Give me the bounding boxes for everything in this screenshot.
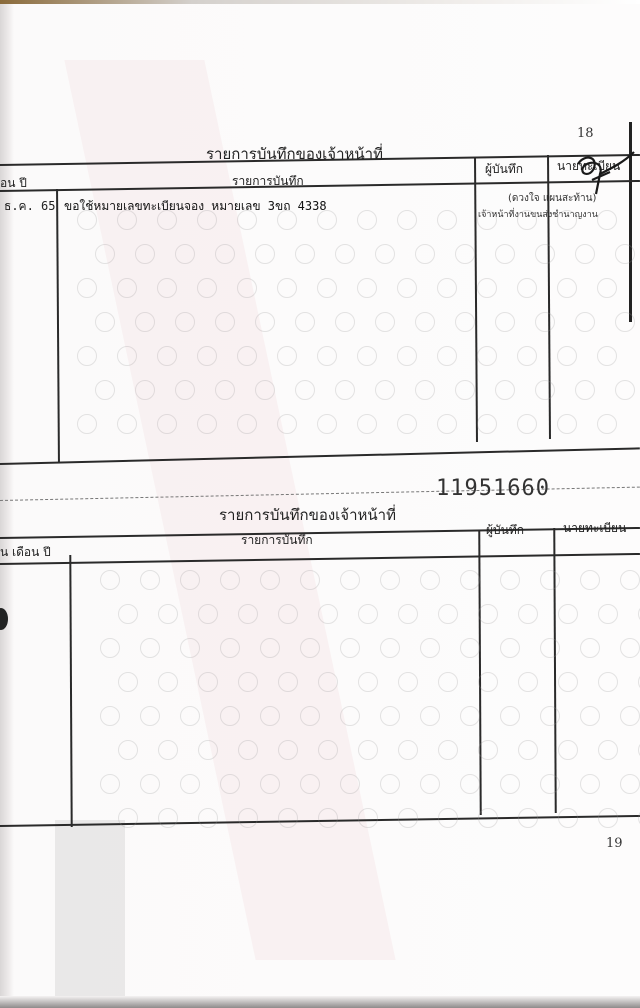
header-bottom-line-19	[0, 553, 640, 565]
watermark-pattern	[557, 346, 577, 366]
entry-date: ธ.ค. 65	[4, 197, 55, 216]
header-registrar-19: นายทะเบียน	[563, 519, 626, 538]
watermark-pattern	[340, 570, 360, 590]
watermark-pattern	[158, 604, 178, 624]
watermark-pattern	[180, 774, 200, 794]
watermark-pattern	[198, 740, 218, 760]
watermark-pattern	[77, 278, 97, 298]
watermark-pattern	[180, 706, 200, 726]
watermark-pattern	[260, 706, 280, 726]
watermark-pattern	[535, 380, 555, 400]
binder-hole	[0, 608, 8, 630]
watermark-pattern	[615, 312, 635, 332]
watermark-pattern	[438, 740, 458, 760]
header-date-19: น เดือน ปี	[0, 543, 51, 562]
watermark-pattern	[415, 244, 435, 264]
watermark-pattern	[398, 808, 418, 828]
watermark-pattern	[460, 638, 480, 658]
watermark-pattern	[100, 774, 120, 794]
watermark-pattern	[478, 604, 498, 624]
watermark-pattern	[118, 808, 138, 828]
watermark-pattern	[260, 774, 280, 794]
watermark-pattern	[77, 346, 97, 366]
watermark-pattern	[300, 774, 320, 794]
shadow-band	[55, 820, 125, 1000]
watermark-pattern	[100, 706, 120, 726]
watermark-pattern	[500, 774, 520, 794]
watermark-pattern	[437, 278, 457, 298]
watermark-pattern	[518, 740, 538, 760]
watermark-pattern	[575, 244, 595, 264]
watermark-pattern	[558, 672, 578, 692]
watermark-pattern	[277, 210, 297, 230]
watermark-pattern	[220, 638, 240, 658]
watermark-pattern	[198, 672, 218, 692]
watermark-pattern	[620, 774, 640, 794]
watermark-pattern	[220, 570, 240, 590]
watermark-pattern	[620, 570, 640, 590]
watermark-pattern	[580, 638, 600, 658]
watermark-pattern	[340, 638, 360, 658]
watermark-pattern	[500, 570, 520, 590]
watermark-pattern	[518, 808, 538, 828]
watermark-pattern	[397, 278, 417, 298]
watermark-pattern	[597, 278, 617, 298]
watermark-pattern	[295, 380, 315, 400]
watermark-pattern	[500, 706, 520, 726]
watermark-pattern	[238, 808, 258, 828]
watermark-pattern	[420, 638, 440, 658]
watermark-pattern	[180, 638, 200, 658]
watermark-pattern	[180, 570, 200, 590]
watermark-pattern	[300, 706, 320, 726]
watermark-pattern	[557, 414, 577, 434]
watermark-pattern	[317, 278, 337, 298]
watermark-pattern	[158, 740, 178, 760]
watermark-pattern	[540, 638, 560, 658]
col-divider-2-19	[478, 530, 481, 815]
watermark-pattern	[77, 210, 97, 230]
watermark-pattern	[255, 312, 275, 332]
watermark-pattern	[375, 312, 395, 332]
watermark-pattern	[318, 672, 338, 692]
watermark-pattern	[95, 312, 115, 332]
watermark-pattern	[517, 346, 537, 366]
watermark-pattern	[558, 808, 578, 828]
watermark-pattern	[438, 604, 458, 624]
watermark-pattern	[598, 604, 618, 624]
watermark-pattern	[460, 706, 480, 726]
watermark-pattern	[535, 312, 555, 332]
watermark-pattern	[357, 414, 377, 434]
watermark-pattern	[580, 706, 600, 726]
registrar-signature-icon	[570, 150, 636, 202]
watermark-pattern	[317, 414, 337, 434]
watermark-pattern	[335, 380, 355, 400]
watermark-pattern	[580, 570, 600, 590]
watermark-pattern	[558, 604, 578, 624]
watermark-pattern	[237, 210, 257, 230]
watermark-pattern	[118, 740, 138, 760]
watermark-pattern	[340, 774, 360, 794]
watermark-pattern	[597, 414, 617, 434]
watermark-pattern	[438, 808, 458, 828]
watermark-pattern	[375, 380, 395, 400]
page-number-18: 18	[577, 126, 594, 141]
watermark-pattern	[517, 278, 537, 298]
watermark-pattern	[238, 672, 258, 692]
watermark-pattern	[198, 808, 218, 828]
watermark-pattern	[598, 672, 618, 692]
watermark-pattern	[518, 604, 538, 624]
header-date: อน ปี	[0, 174, 27, 193]
watermark-pattern	[158, 808, 178, 828]
watermark-pattern	[158, 672, 178, 692]
watermark-pattern	[620, 638, 640, 658]
watermark-pattern	[460, 570, 480, 590]
watermark-pattern	[317, 346, 337, 366]
watermark-pattern	[420, 706, 440, 726]
watermark-pattern	[495, 312, 515, 332]
watermark-pattern	[478, 672, 498, 692]
watermark-pattern	[517, 210, 537, 230]
header-entry: รายการบันทึก	[232, 172, 304, 191]
watermark-pattern	[238, 604, 258, 624]
watermark-pattern	[518, 672, 538, 692]
watermark-pattern	[477, 210, 497, 230]
watermark-pattern	[220, 774, 240, 794]
watermark-pattern	[117, 414, 137, 434]
watermark-pattern	[615, 244, 635, 264]
watermark-pattern	[318, 808, 338, 828]
header-recorder-19: ผู้บันทึก	[486, 521, 524, 540]
watermark-pattern	[380, 570, 400, 590]
watermark-pattern	[357, 278, 377, 298]
watermark-pattern	[318, 740, 338, 760]
page-number-19: 19	[606, 836, 623, 851]
col-divider-1-19	[69, 555, 72, 827]
watermark-pattern	[420, 570, 440, 590]
watermark-pattern	[477, 414, 497, 434]
watermark-pattern	[397, 210, 417, 230]
watermark-pattern	[455, 312, 475, 332]
watermark-pattern	[100, 638, 120, 658]
watermark-pattern	[295, 244, 315, 264]
watermark-pattern	[335, 244, 355, 264]
watermark-pattern	[295, 312, 315, 332]
watermark-pattern	[277, 346, 297, 366]
watermark-pattern	[380, 774, 400, 794]
watermark-pattern	[540, 774, 560, 794]
watermark-pattern	[437, 346, 457, 366]
watermark-pattern	[278, 672, 298, 692]
watermark-pattern	[140, 638, 160, 658]
watermark-pattern	[558, 740, 578, 760]
watermark-pattern	[380, 638, 400, 658]
watermark-pattern	[358, 808, 378, 828]
watermark-pattern	[238, 740, 258, 760]
watermark-pattern	[380, 706, 400, 726]
watermark-pattern	[495, 380, 515, 400]
watermark-pattern	[357, 346, 377, 366]
watermark-pattern	[140, 706, 160, 726]
watermark-pattern	[317, 210, 337, 230]
watermark-pattern	[278, 740, 298, 760]
watermark-pattern	[118, 604, 138, 624]
watermark-pattern	[118, 672, 138, 692]
watermark-pattern	[477, 278, 497, 298]
page-edge-top	[0, 0, 640, 4]
watermark-pattern	[438, 672, 458, 692]
watermark-pattern	[437, 414, 457, 434]
watermark-pattern	[95, 380, 115, 400]
watermark-pattern	[478, 808, 498, 828]
watermark-pattern	[455, 244, 475, 264]
header-recorder: ผู้บันทึก	[485, 160, 523, 179]
watermark-pattern	[397, 346, 417, 366]
watermark-pattern	[535, 244, 555, 264]
watermark-pattern	[77, 414, 97, 434]
watermark-pattern	[100, 570, 120, 590]
watermark-pattern	[575, 312, 595, 332]
watermark-pattern	[277, 414, 297, 434]
col-divider-1	[56, 189, 60, 463]
watermark-pattern	[540, 706, 560, 726]
watermark-pattern	[420, 774, 440, 794]
watermark-pattern	[300, 638, 320, 658]
table-top-line-19	[0, 527, 640, 539]
watermark-pattern	[597, 210, 617, 230]
watermark-pattern	[415, 312, 435, 332]
page-edge-bottom	[0, 996, 640, 1008]
watermark-pattern	[517, 414, 537, 434]
watermark-pattern	[500, 638, 520, 658]
watermark-pattern	[198, 604, 218, 624]
watermark-pattern	[598, 740, 618, 760]
watermark-pattern	[398, 604, 418, 624]
watermark-pattern	[557, 278, 577, 298]
watermark-pattern	[557, 210, 577, 230]
watermark-pattern	[278, 604, 298, 624]
watermark-pattern	[357, 210, 377, 230]
watermark-pattern	[415, 380, 435, 400]
section-title-18: รายการบันทึกของเจ้าหน้าที่	[206, 142, 383, 166]
section-title-19: รายการบันทึกของเจ้าหน้าที่	[219, 503, 396, 527]
watermark-pattern	[278, 808, 298, 828]
document-page: 18 รายการบันทึกของเจ้าหน้าที่ อน ปี รายก…	[0, 0, 640, 1008]
col-divider-2	[474, 158, 478, 442]
watermark-pattern	[397, 414, 417, 434]
watermark-pattern	[358, 740, 378, 760]
watermark-pattern	[455, 380, 475, 400]
table-bottom-line	[0, 447, 640, 465]
watermark-pattern	[398, 672, 418, 692]
watermark-pattern	[335, 312, 355, 332]
header-entry-19: รายการบันทึก	[241, 531, 313, 550]
watermark-pattern	[495, 244, 515, 264]
watermark-pattern	[477, 346, 497, 366]
watermark-pattern	[140, 774, 160, 794]
watermark-pattern	[540, 570, 560, 590]
watermark-pattern	[300, 570, 320, 590]
watermark-pattern	[358, 604, 378, 624]
watermark-pattern	[140, 570, 160, 590]
watermark-pattern	[358, 672, 378, 692]
watermark-pattern	[277, 278, 297, 298]
watermark-pattern	[597, 346, 617, 366]
watermark-pattern	[580, 774, 600, 794]
watermark-pattern	[340, 706, 360, 726]
watermark-pattern	[575, 380, 595, 400]
watermark-pattern	[260, 638, 280, 658]
watermark-pattern	[478, 740, 498, 760]
watermark-pattern	[437, 210, 457, 230]
watermark-pattern	[398, 740, 418, 760]
serial-number: 11951660	[436, 476, 550, 501]
watermark-pattern	[598, 808, 618, 828]
watermark-pattern	[220, 706, 240, 726]
watermark-pattern	[318, 604, 338, 624]
watermark-pattern	[260, 570, 280, 590]
watermark-pattern	[620, 706, 640, 726]
watermark-pattern	[615, 380, 635, 400]
watermark-pattern	[375, 244, 395, 264]
watermark-pattern	[460, 774, 480, 794]
watermark-pattern	[255, 244, 275, 264]
